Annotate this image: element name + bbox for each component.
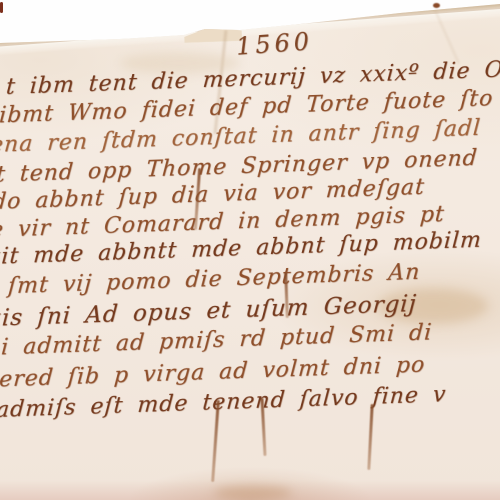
stain [214,486,292,500]
ink-speck [433,3,440,8]
manuscript-photo: 1560 t ibm tent die mercurij vz xxixº di… [0,0,500,500]
year-heading: 1560 [235,27,314,60]
parchment: 1560 t ibm tent die mercurij vz xxixº di… [0,0,500,500]
descender-stroke [367,404,373,470]
fold-flap [184,26,242,43]
ink-speck [0,2,3,13]
